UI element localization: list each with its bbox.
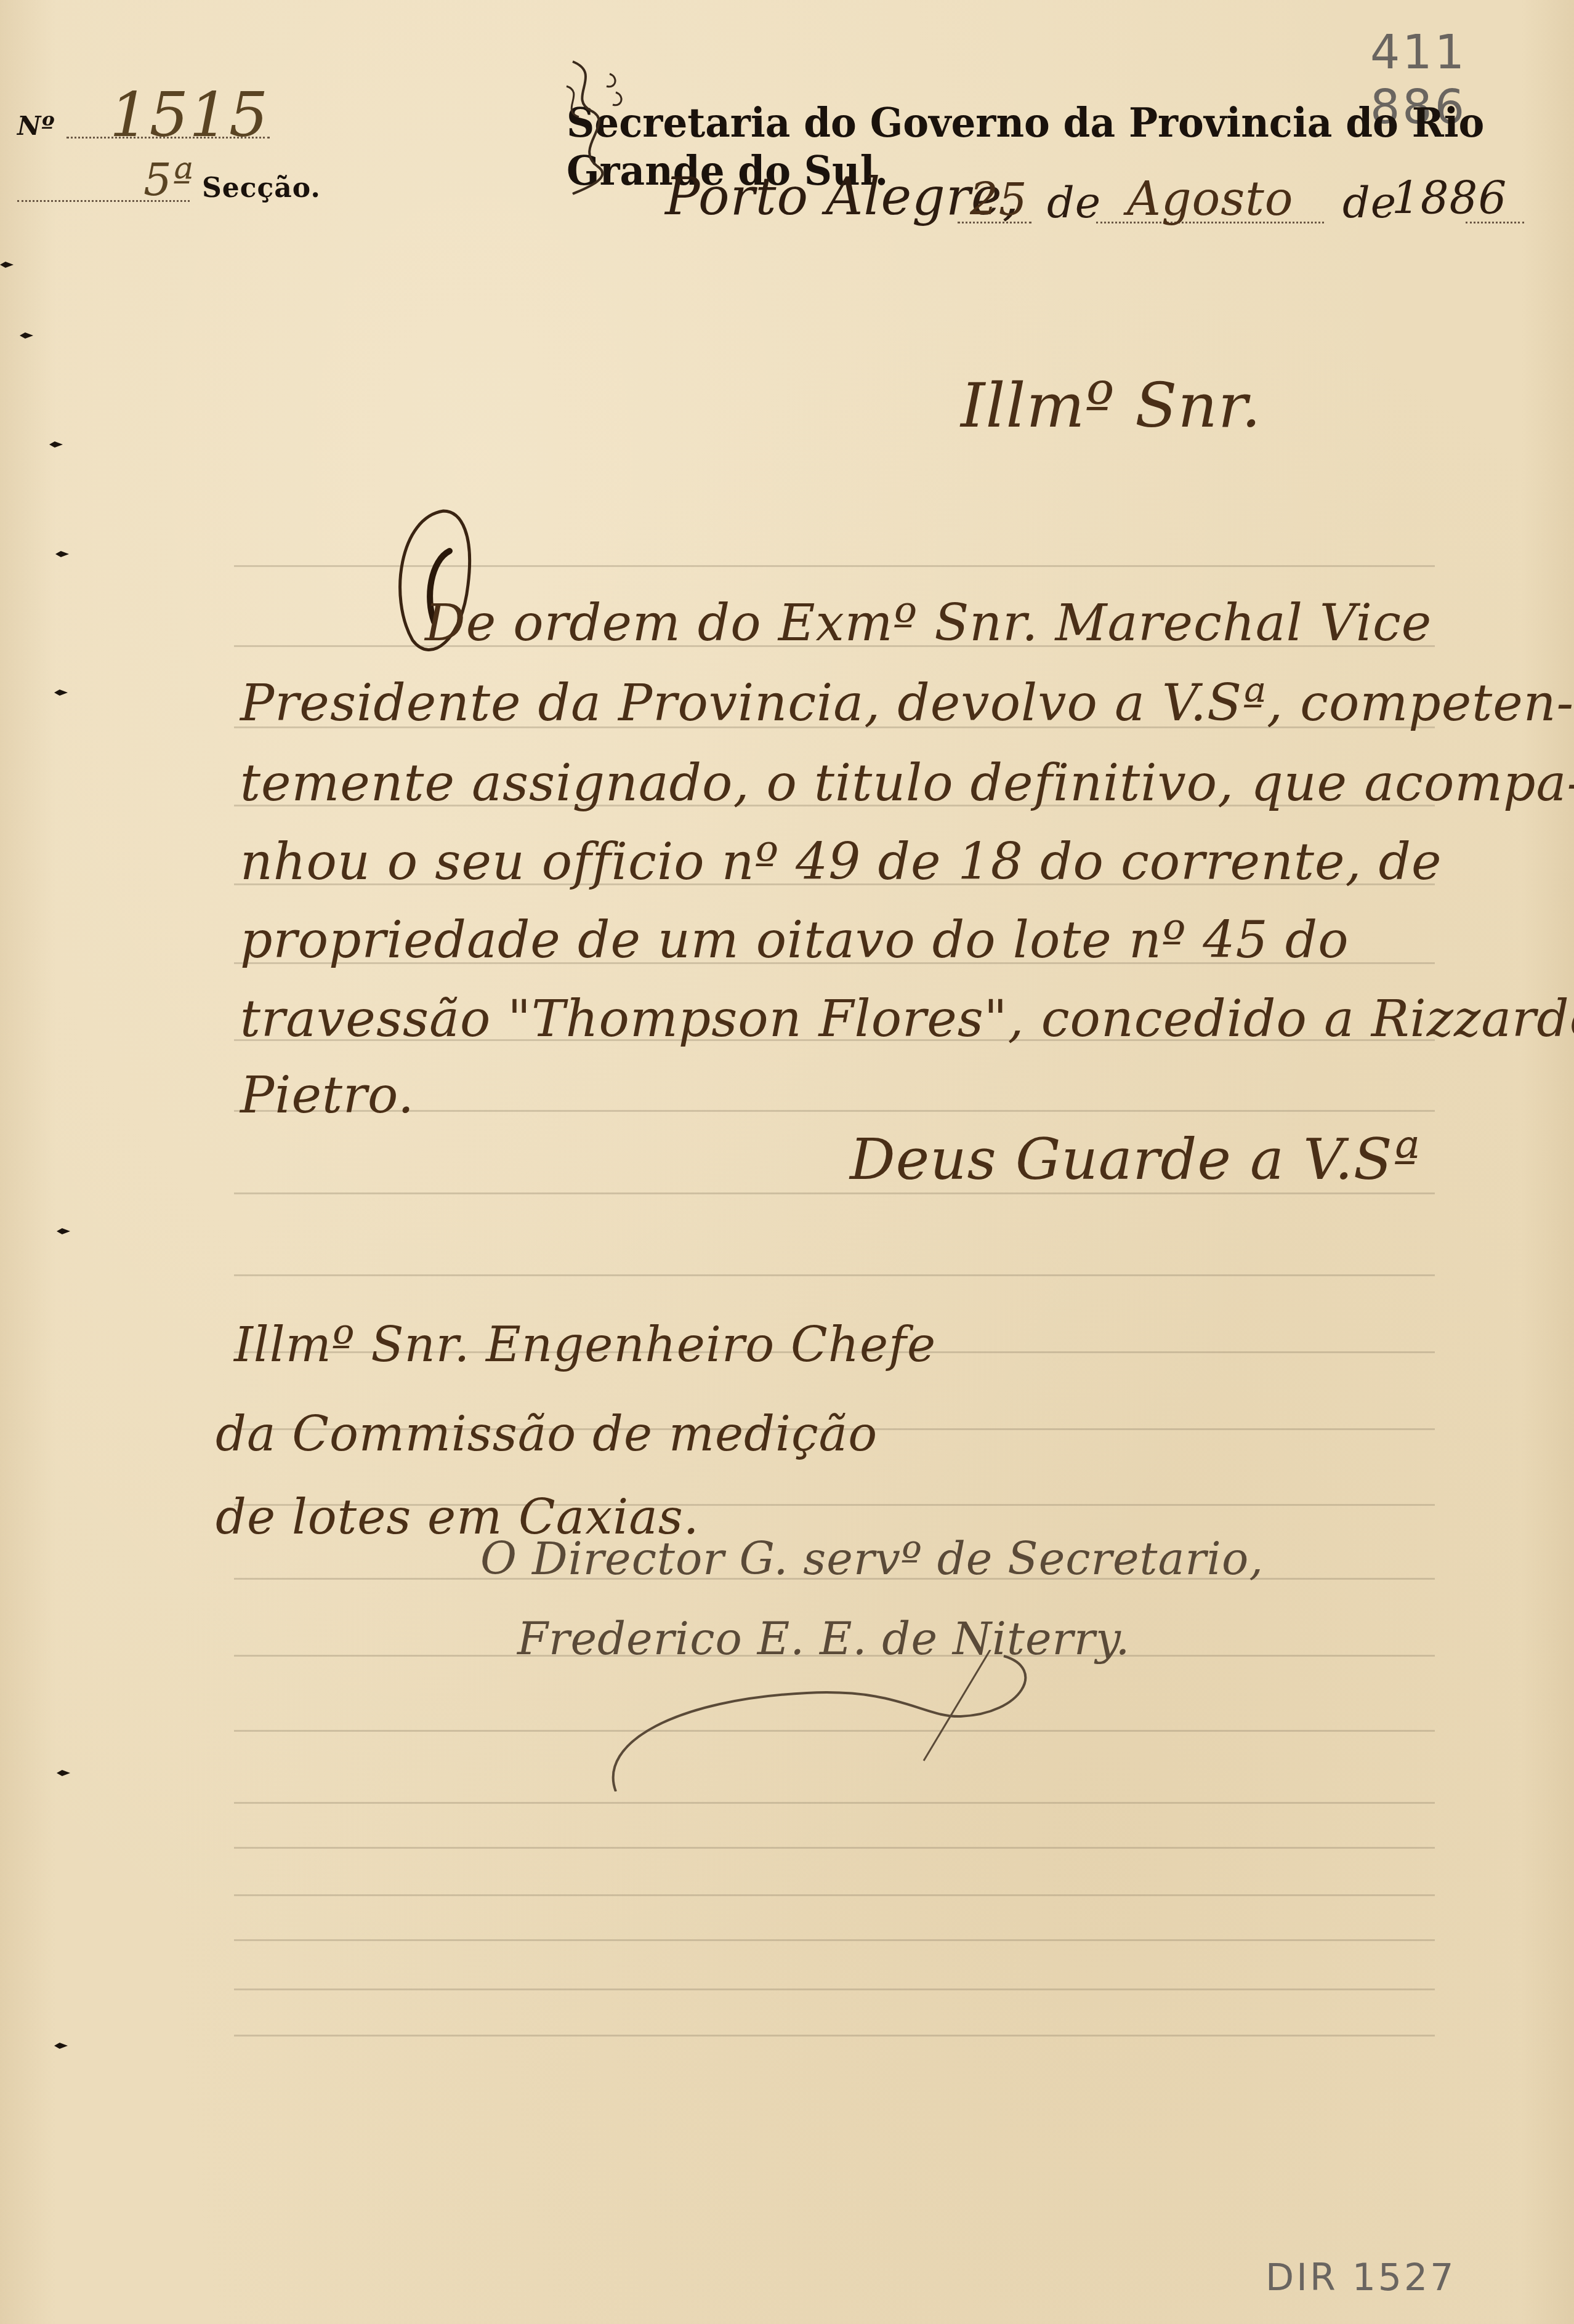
number-label: Nº [17, 111, 55, 141]
ruled-line [234, 1802, 1435, 1804]
addressee-line: Illmº Snr. Engenheiro Chefe [234, 1317, 936, 1373]
section-number: 5ª [143, 154, 194, 206]
binding-hole [49, 441, 63, 448]
body-line: temente assignado, o titulo definitivo, … [240, 754, 1574, 813]
binding-hole [55, 551, 69, 557]
body-line: Presidente da Provincia, devolvo a V.Sª,… [240, 674, 1574, 733]
ruled-line [234, 1847, 1435, 1849]
ruled-line [234, 1274, 1435, 1276]
ruled-line [234, 2035, 1435, 2037]
ruled-line [234, 1988, 1435, 1990]
binding-hole [0, 262, 14, 268]
body-line: propriedade de um oitavo do lote nº 45 d… [240, 911, 1349, 970]
binding-hole [54, 690, 68, 696]
body-line: nhou o seu officio nº 49 de 18 do corren… [240, 833, 1442, 891]
archive-number-bottom: DIR 1527 [1265, 2256, 1456, 2299]
binding-hole [57, 1228, 70, 1234]
closing: Deus Guarde a V.Sª [850, 1127, 1421, 1192]
ruled-line [234, 1192, 1435, 1194]
body-line: De ordem do Exmº Snr. Marechal Vice [425, 594, 1432, 653]
date-month: Agosto [1127, 171, 1294, 226]
salutation: Illmº Snr. [961, 369, 1262, 441]
section-label: Secção. [202, 172, 321, 204]
signature-title: O Director G. servº de Secretario, [480, 1533, 1264, 1585]
date-line: Porto Alegre, 25 de Agosto de 1886 [665, 166, 1527, 234]
letterhead-ornament-icon [554, 49, 640, 197]
date-day: 25 [970, 174, 1028, 225]
addressee-line: da Commissão de medição [216, 1407, 878, 1462]
binding-hole [20, 332, 33, 339]
ruled-line [234, 1939, 1435, 1941]
signature-flourish-icon [603, 1650, 1158, 1791]
body-line: Pietro. [240, 1066, 414, 1125]
date-year: 1886 [1392, 172, 1507, 224]
date-de-2: de [1342, 177, 1397, 228]
document-number: 1515 [110, 79, 269, 151]
binding-hole [57, 1770, 70, 1776]
date-de-1: de [1047, 177, 1101, 228]
ruled-line [234, 1894, 1435, 1896]
body-line: travessão "Thompson Flores", concedido a… [240, 990, 1574, 1048]
date-place: Porto Alegre, [665, 166, 1019, 227]
date-end-line [1466, 222, 1524, 223]
binding-hole [54, 2043, 68, 2049]
document-number-block: Nº 1515 5ª Secção. [17, 86, 264, 209]
